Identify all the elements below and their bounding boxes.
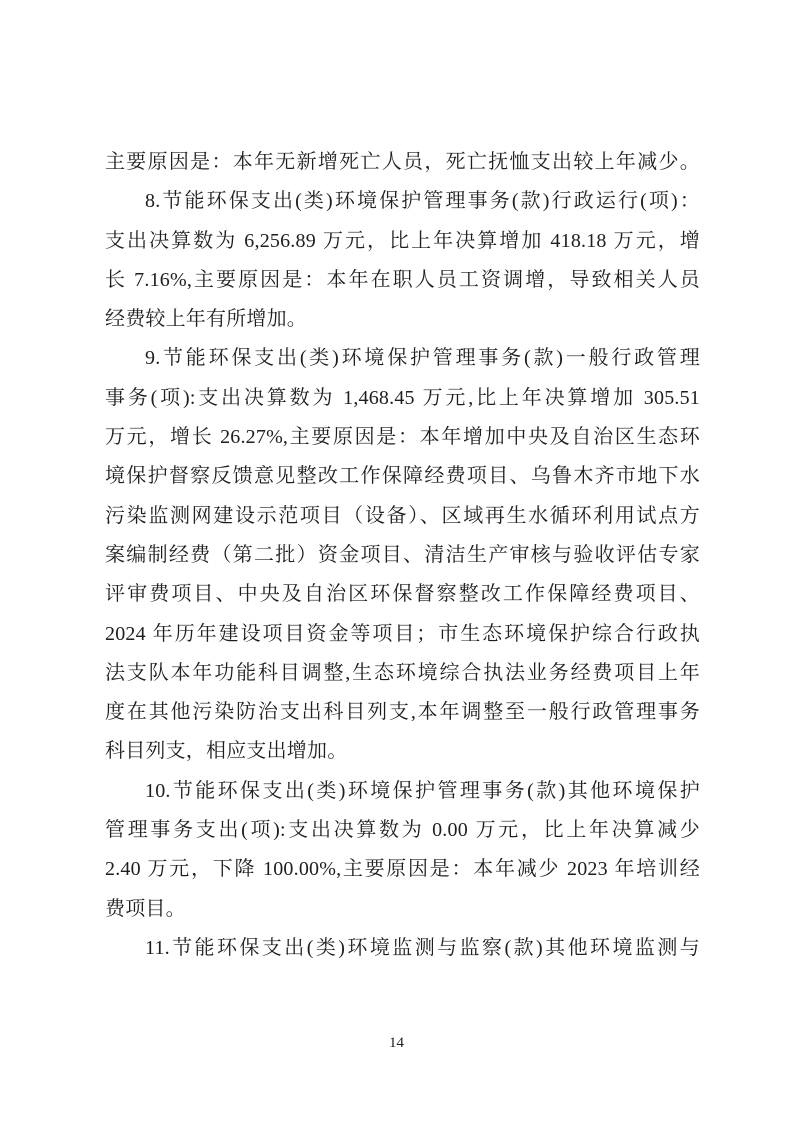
text-line-para-8-start: 8.节能环保支出(类)环境保护管理事务(款)行政运行(项)： xyxy=(105,182,700,221)
text-line: 长 7.16%,主要原因是：本年在职人员工资调增，导致相关人员 xyxy=(105,261,700,300)
text-line: 境保护督察反馈意见整改工作保障经费项目、乌鲁木齐市地下水 xyxy=(105,457,700,496)
page-number: 14 xyxy=(0,1035,793,1052)
text-line: 支出决算数为 6,256.89 万元，比上年决算增加 418.18 万元，增 xyxy=(105,222,700,261)
text-line: 经费较上年有所增加。 xyxy=(105,300,700,339)
text-line: 评审费项目、中央及自治区环保督察整改工作保障经费项目、 xyxy=(105,575,700,614)
text-line-para-10-start: 10.节能环保支出(类)环境保护管理事务(款)其他环境保护 xyxy=(105,772,700,811)
text-line: 案编制经费（第二批）资金项目、清洁生产审核与验收评估专家 xyxy=(105,536,700,575)
document-page: 主要原因是：本年无新增死亡人员，死亡抚恤支出较上年减少。 8.节能环保支出(类)… xyxy=(0,0,793,1122)
text-line: 2024 年历年建设项目资金等项目；市生态环境保护综合行政执 xyxy=(105,615,700,654)
text-line: 费项目。 xyxy=(105,890,700,929)
text-line: 法支队本年功能科目调整,生态环境综合执法业务经费项目上年 xyxy=(105,654,700,693)
text-line: 万元，增长 26.27%,主要原因是：本年增加中央及自治区生态环 xyxy=(105,418,700,457)
text-line: 管理事务支出(项):支出决算数为 0.00 万元，比上年决算减少 xyxy=(105,811,700,850)
text-line-para-11-start: 11.节能环保支出(类)环境监测与监察(款)其他环境监测与 xyxy=(105,929,700,968)
text-line: 主要原因是：本年无新增死亡人员，死亡抚恤支出较上年减少。 xyxy=(105,143,700,182)
text-line: 事务(项):支出决算数为 1,468.45 万元,比上年决算增加 305.51 xyxy=(105,379,700,418)
document-body: 主要原因是：本年无新增死亡人员，死亡抚恤支出较上年减少。 8.节能环保支出(类)… xyxy=(105,143,700,968)
text-line: 科目列支，相应支出增加。 xyxy=(105,732,700,771)
text-line: 污染监测网建设示范项目（设备）、区域再生水循环利用试点方 xyxy=(105,497,700,536)
text-line-para-9-start: 9.节能环保支出(类)环境保护管理事务(款)一般行政管理 xyxy=(105,339,700,378)
text-line: 度在其他污染防治支出科目列支,本年调整至一般行政管理事务 xyxy=(105,693,700,732)
text-line: 2.40 万元，下降 100.00%,主要原因是：本年减少 2023 年培训经 xyxy=(105,850,700,889)
